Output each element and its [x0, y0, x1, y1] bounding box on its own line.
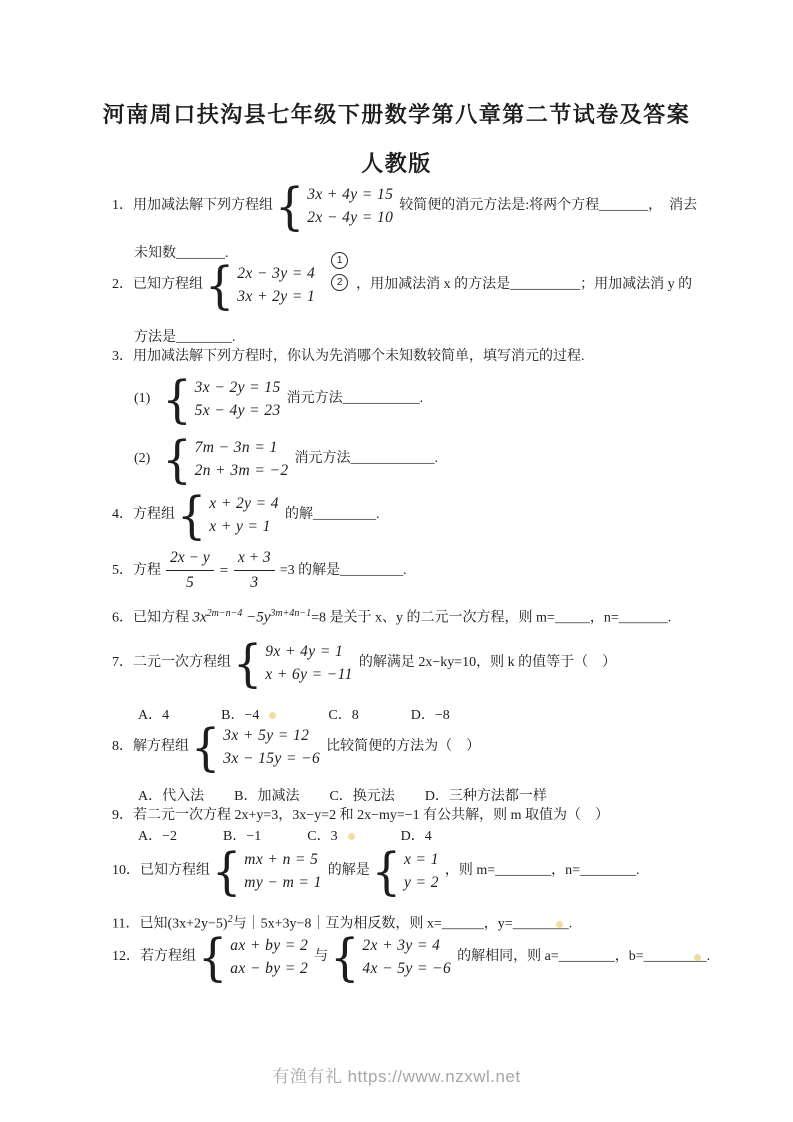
- equation: 3x + 5y = 12: [223, 726, 320, 745]
- circled-1-icon: 1: [331, 252, 348, 269]
- question-3: 3．用加减法解下列方程时，你认为先消哪个未知数较简单，填写消元的过程.: [112, 347, 763, 367]
- question-number: 5．: [112, 561, 133, 581]
- question-number: 7．: [112, 653, 133, 673]
- question-1-line1: 1．用加减法解下列方程组 { 3x + 4y = 15 2x − 4y = 10…: [112, 183, 763, 229]
- brace-icon: {: [233, 638, 262, 689]
- option-b-label: B．−4: [221, 708, 259, 723]
- equation: x + y = 1: [209, 517, 279, 536]
- equation: 5x − 4y = 23: [195, 401, 281, 420]
- exponent: 3m+4n−1: [270, 608, 311, 619]
- equation: y = 2: [404, 873, 439, 892]
- question-text: 方法是________.: [134, 330, 236, 345]
- question-text: 的解是: [328, 861, 370, 881]
- equation: x = 1: [404, 850, 439, 869]
- equations: 3x + 5y = 12 3x − 15y = −6: [223, 726, 320, 768]
- question-1: 1．用加减法解下列方程组 { 3x + 4y = 15 2x − 4y = 10…: [112, 183, 763, 229]
- question-3-part-2: (2) { 7m − 3n = 1 2n + 3m = −2 消元方法_____…: [134, 436, 763, 482]
- equation: x + 2y = 4: [209, 494, 279, 513]
- option-c: C．3: [307, 827, 354, 847]
- equation-system: { ax + by = 2 ax − by = 2: [198, 934, 308, 980]
- question-number: 9．: [112, 808, 133, 823]
- question-10: 10．已知方程组 { mx + n = 5 my − m = 1 的解是 { x…: [112, 848, 763, 894]
- equations: 7m − 3n = 1 2n + 3m = −2: [195, 438, 289, 480]
- equation-system: { x = 1 y = 2: [372, 848, 439, 894]
- brace-icon: {: [177, 490, 206, 541]
- question-text: =3 的解是_________.: [280, 561, 407, 581]
- question-text: 已知方程组: [140, 861, 210, 881]
- question-text: 与: [314, 947, 328, 967]
- question-7-options: A．4 B．−4 C．8 D．−8: [138, 706, 763, 726]
- equation-system: { 3x + 5y = 12 3x − 15y = −6: [191, 724, 320, 770]
- equations: 2x − 3y = 4 3x + 2y = 1: [237, 264, 315, 306]
- equation: 3x − 2y = 15: [195, 378, 281, 397]
- fraction-denominator: 3: [250, 571, 258, 593]
- equation: 4x − 5y = −6: [362, 959, 451, 978]
- equations: x = 1 y = 2: [404, 850, 439, 892]
- question-2-continued: 方法是________.: [134, 328, 763, 348]
- question-text: 比较简便的方法为（ ）: [326, 737, 480, 757]
- equation-labels: 1 2: [331, 252, 348, 291]
- question-text: 是关于 x、y 的二元一次方程，则 m=_____，n=_______.: [326, 611, 671, 626]
- question-3-part-1: (1) { 3x − 2y = 15 5x − 4y = 23 消元方法____…: [134, 376, 763, 422]
- equation: 7m − 3n = 1: [195, 438, 289, 457]
- option-d: D．4: [401, 827, 432, 847]
- option-d: D．−8: [411, 706, 450, 726]
- equations: x + 2y = 4 x + y = 1: [209, 494, 279, 536]
- brace-icon: {: [205, 260, 234, 311]
- question-text: 用加减法解下列方程时，你认为先消哪个未知数较简单，填写消元的过程.: [133, 349, 585, 364]
- question-text: 的解_________.: [285, 505, 380, 525]
- question-text: 消元方法____________.: [294, 449, 438, 469]
- equation-system: { 3x + 4y = 15 2x − 4y = 10: [275, 183, 393, 229]
- equation: ax − by = 2: [230, 959, 308, 978]
- option-a: A．−2: [138, 827, 177, 847]
- question-number: 6．: [112, 611, 133, 626]
- math-term: =8: [311, 611, 326, 626]
- option-d: D．三种方法都一样: [425, 787, 547, 807]
- equation-system: { 2x − 3y = 4 3x + 2y = 1: [205, 262, 315, 308]
- question-text: 方程: [133, 561, 161, 581]
- equation: 3x − 15y = −6: [223, 749, 320, 768]
- fraction-numerator: x + 3: [234, 548, 275, 571]
- equation: 3x + 2y = 1: [237, 287, 315, 306]
- equations: mx + n = 5 my − m = 1: [244, 850, 321, 892]
- question-4: 4．方程组 { x + 2y = 4 x + y = 1 的解_________…: [112, 492, 763, 538]
- question-12: 12．若方程组 { ax + by = 2 ax − by = 2 与 { 2x…: [112, 934, 763, 980]
- equation: 2x + 3y = 4: [362, 936, 451, 955]
- equations: 3x − 2y = 15 5x − 4y = 23: [195, 378, 281, 420]
- question-8-options: A．代入法 B．加减法 C．换元法 D．三种方法都一样: [138, 787, 763, 807]
- equations: 2x + 3y = 4 4x − 5y = −6: [362, 936, 451, 978]
- brace-icon: {: [212, 846, 241, 897]
- question-text: 用加减法解下列方程组: [133, 196, 273, 216]
- equation-system: { 7m − 3n = 1 2n + 3m = −2: [162, 436, 288, 482]
- math-term: −5y: [242, 610, 270, 626]
- option-b: B．−4: [221, 706, 276, 726]
- page-subtitle: 人教版: [0, 147, 793, 178]
- circled-2-icon: 2: [331, 274, 348, 291]
- worksheet-page: 河南周口扶沟县七年级下册数学第八章第二节试卷及答案 人教版 1．用加减法解下列方…: [0, 0, 793, 1122]
- question-number: 2．: [112, 275, 133, 295]
- equation-system: { mx + n = 5 my − m = 1: [212, 848, 322, 894]
- question-text: 与｜5x+3y−8｜互为相反数，则 x=______，y=________.: [233, 917, 573, 932]
- question-text: 解方程组: [133, 737, 189, 757]
- question-2: 2．已知方程组 { 2x − 3y = 4 3x + 2y = 1 1 2 ，用…: [112, 262, 763, 308]
- option-b: B．加减法: [234, 787, 299, 807]
- equations: 9x + 4y = 1 x + 6y = −11: [265, 642, 353, 684]
- question-text: 的解满足 2x−ky=10，则 k 的值等于（ ）: [359, 653, 616, 673]
- question-text: 已知方程组: [133, 275, 203, 295]
- equation-system: { 9x + 4y = 1 x + 6y = −11: [233, 640, 353, 686]
- question-text: 若方程组: [140, 947, 196, 967]
- question-text: ，用加减法消 x 的方法是__________；用加减法消 y 的: [356, 275, 692, 295]
- equation: my − m = 1: [244, 873, 321, 892]
- brace-icon: {: [198, 932, 227, 983]
- equation: mx + n = 5: [244, 850, 321, 869]
- part-label: (1): [134, 389, 150, 409]
- question-number: 12．: [112, 947, 140, 967]
- brace-icon: {: [162, 374, 191, 425]
- part-label: (2): [134, 449, 150, 469]
- brace-icon: {: [372, 846, 401, 897]
- question-2-line1: 2．已知方程组 { 2x − 3y = 4 3x + 2y = 1 1 2 ，用…: [112, 262, 763, 308]
- question-text: ，则 m=________，n=________.: [445, 861, 640, 881]
- highlight-dot-icon: [269, 712, 276, 719]
- fraction: 2x − y 5: [166, 548, 214, 593]
- equation: 3x + 4y = 15: [307, 185, 393, 204]
- question-number: 10．: [112, 861, 140, 881]
- brace-icon: {: [330, 932, 359, 983]
- question-number: 8．: [112, 737, 133, 757]
- question-text: 较简便的消元方法是:将两个方程_______， 消去: [399, 196, 697, 216]
- page-title: 河南周口扶沟县七年级下册数学第八章第二节试卷及答案: [0, 98, 793, 129]
- question-number: 1．: [112, 196, 133, 216]
- question-text: 消元方法___________.: [287, 389, 424, 409]
- equation: ax + by = 2: [230, 936, 308, 955]
- brace-icon: {: [275, 181, 304, 232]
- math-term: 3x: [193, 610, 207, 626]
- brace-icon: {: [191, 722, 220, 773]
- question-6: 6．已知方程 3x2m−n−4 −5y3m+4n−1=8 是关于 x、y 的二元…: [112, 604, 763, 629]
- question-number: 4．: [112, 505, 133, 525]
- equations: ax + by = 2 ax − by = 2: [230, 936, 308, 978]
- option-c: C．8: [328, 706, 358, 726]
- question-text: 已知方程: [133, 611, 193, 626]
- equations: 3x + 4y = 15 2x − 4y = 10: [307, 185, 393, 227]
- exponent: 2m−n−4: [207, 608, 243, 619]
- equation: 9x + 4y = 1: [265, 642, 353, 661]
- question-9: 9．若二元一次方程 2x+y=3，3x−y=2 和 2x−my=−1 有公共解，…: [112, 806, 763, 826]
- equation: 2x − 4y = 10: [307, 208, 393, 227]
- equals-sign: =: [219, 561, 229, 581]
- question-text: 方程组: [133, 505, 175, 525]
- question-7: 7．二元一次方程组 { 9x + 4y = 1 x + 6y = −11 的解满…: [112, 640, 763, 686]
- option-a: A．代入法: [138, 787, 204, 807]
- question-number: 3．: [112, 349, 133, 364]
- watermark-footer: 有渔有礼 https://www.nzxwl.net: [0, 1062, 793, 1087]
- fraction-numerator: 2x − y: [166, 548, 214, 571]
- highlight-dot-icon: [694, 954, 701, 961]
- fraction-denominator: 5: [186, 571, 194, 593]
- fraction: x + 3 3: [234, 548, 275, 593]
- question-text: 若二元一次方程 2x+y=3，3x−y=2 和 2x−my=−1 有公共解，则 …: [133, 808, 609, 823]
- question-number: 11．: [112, 917, 139, 932]
- equation-system: { x + 2y = 4 x + y = 1: [177, 492, 279, 538]
- brace-icon: {: [162, 434, 191, 485]
- option-c-label: C．3: [307, 829, 337, 844]
- option-c: C．换元法: [329, 787, 394, 807]
- equation: 2x − 3y = 4: [237, 264, 315, 283]
- question-text: 二元一次方程组: [133, 653, 231, 673]
- equation: x + 6y = −11: [265, 665, 353, 684]
- question-8: 8．解方程组 { 3x + 5y = 12 3x − 15y = −6 比较简便…: [112, 724, 763, 770]
- question-text: 的解相同，则 a=________，b=_________.: [457, 947, 710, 967]
- question-5: 5．方程 2x − y 5 = x + 3 3 =3 的解是_________.: [112, 548, 763, 593]
- equation-system: { 2x + 3y = 4 4x − 5y = −6: [330, 934, 451, 980]
- equation-system: { 3x − 2y = 15 5x − 4y = 23: [162, 376, 280, 422]
- equation: 2n + 3m = −2: [195, 461, 289, 480]
- highlight-dot-icon: [348, 833, 355, 840]
- option-a: A．4: [138, 706, 169, 726]
